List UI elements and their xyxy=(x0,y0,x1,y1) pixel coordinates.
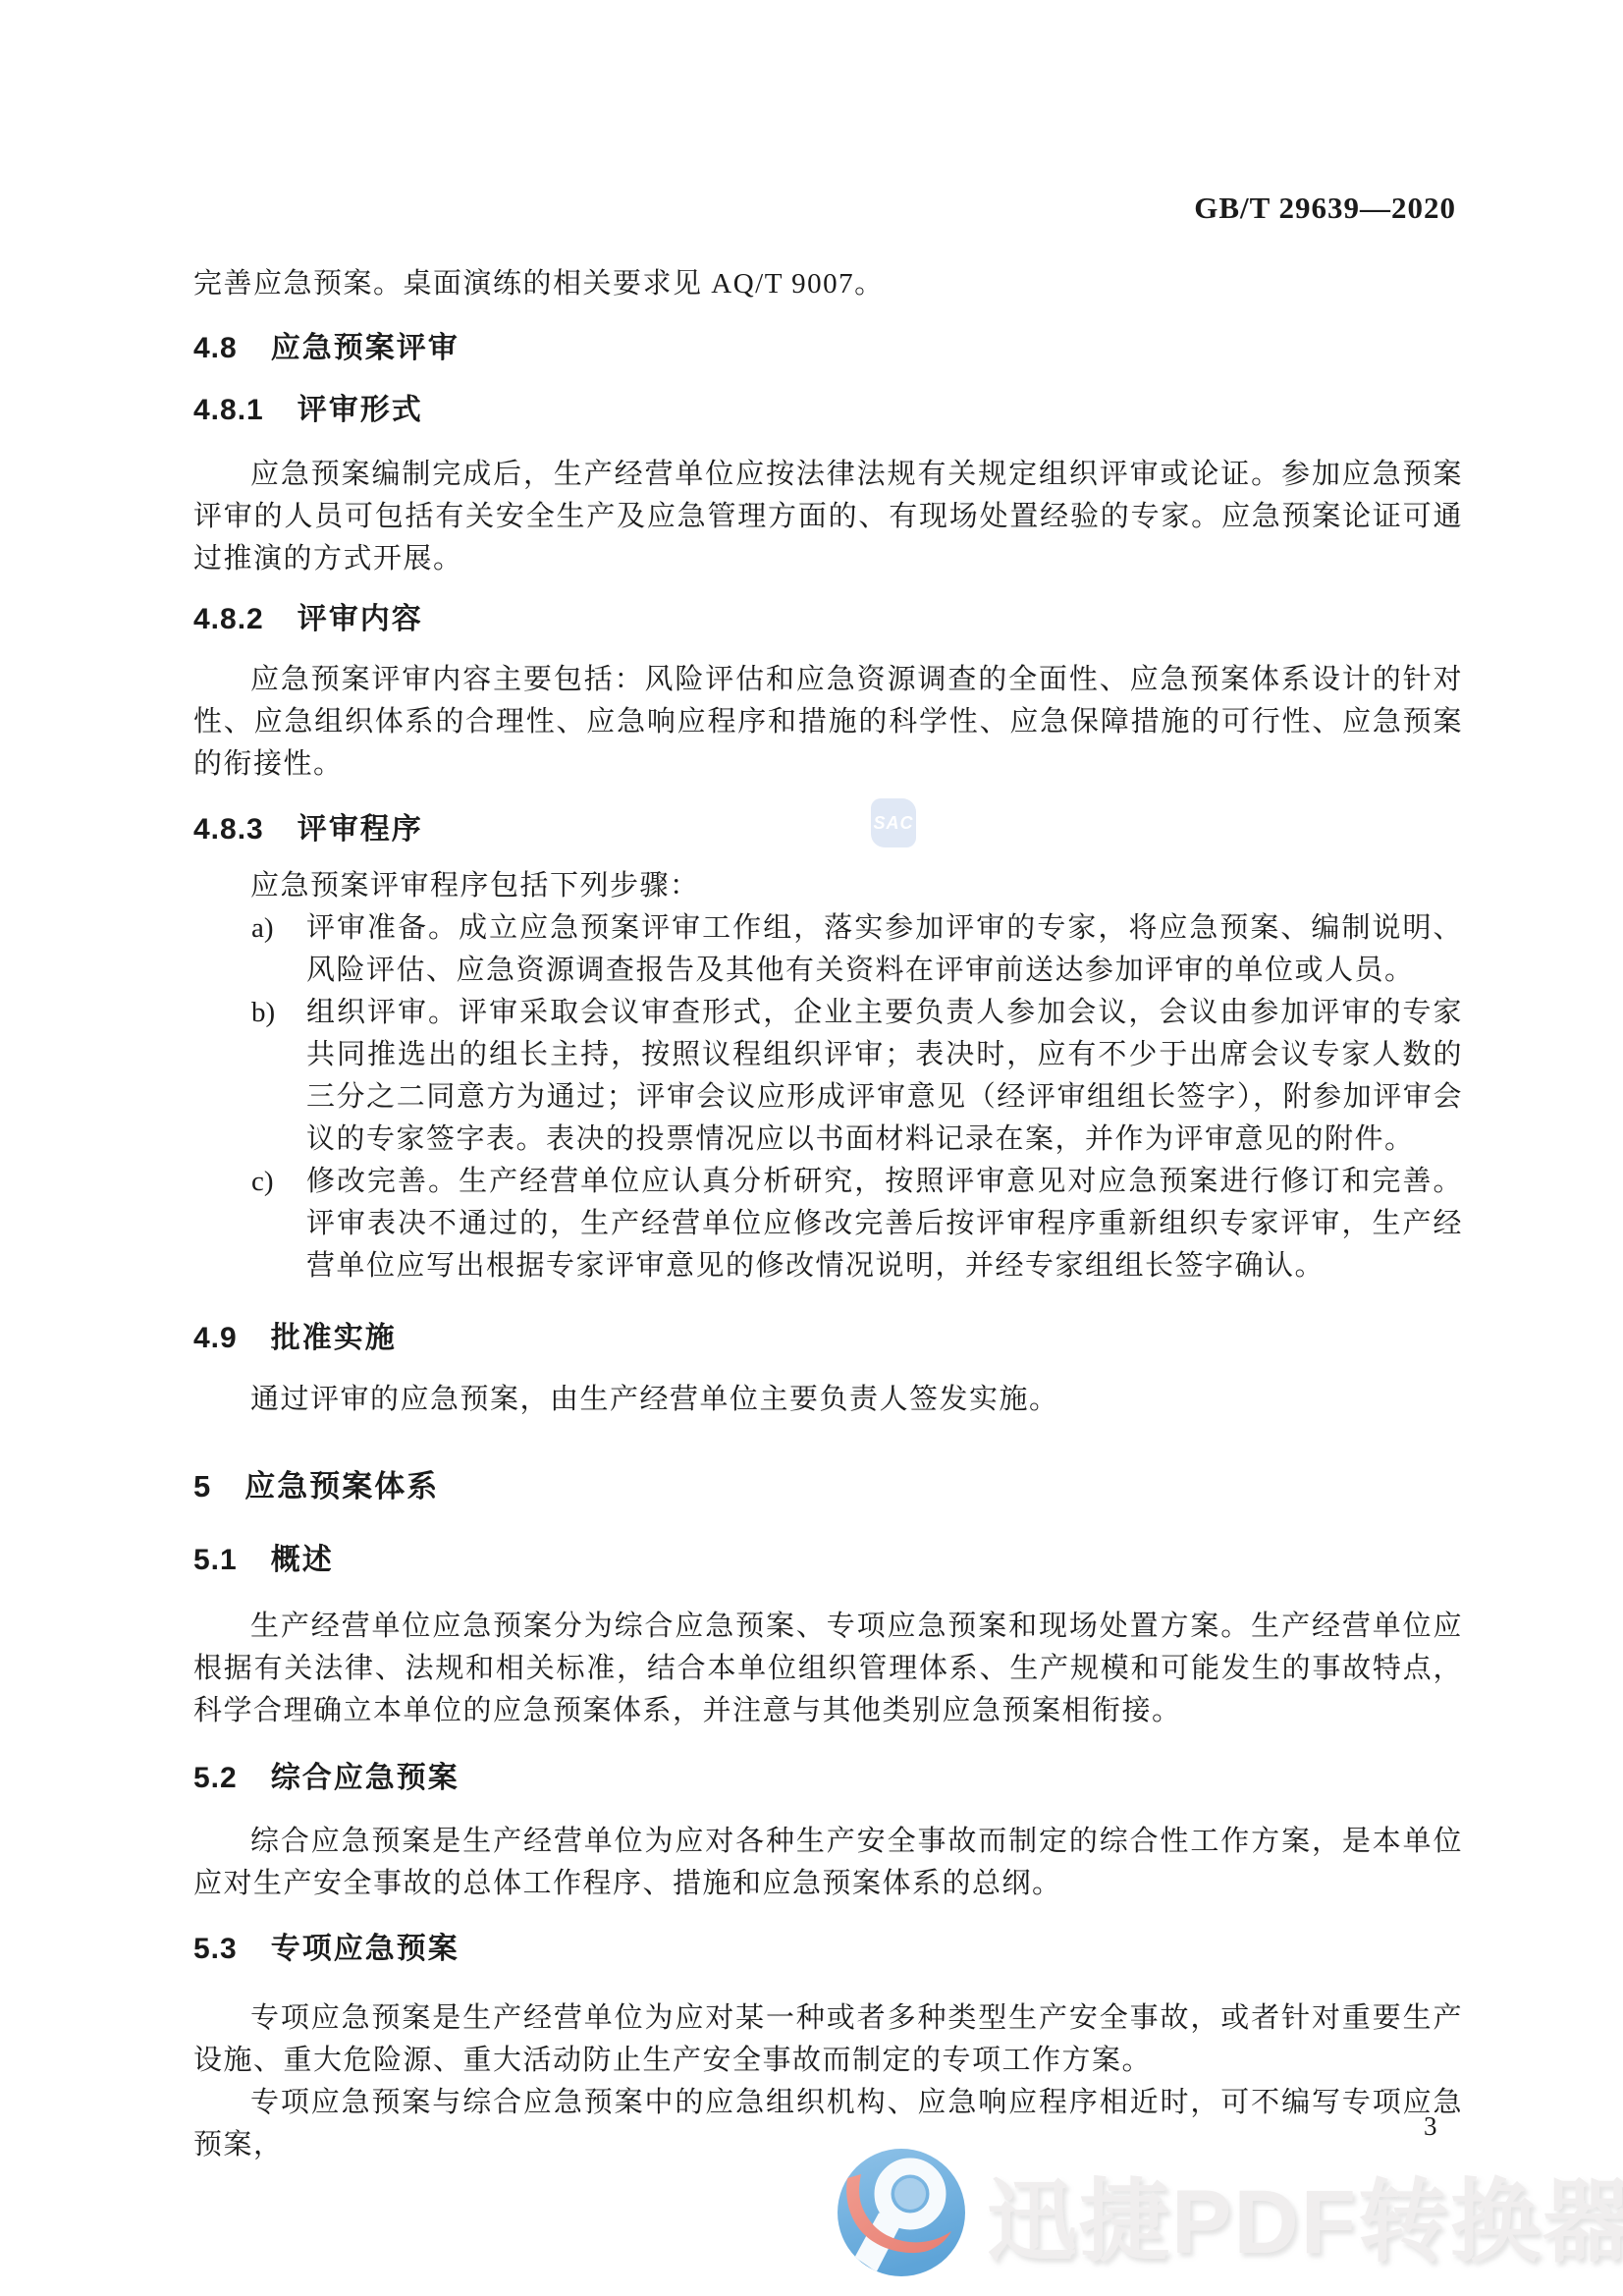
list-item-label: a) xyxy=(251,907,306,992)
paragraph-5-3-b: 专项应急预案与综合应急预案中的应急组织机构、应急响应程序相近时，可不编写专项应急… xyxy=(193,2082,1463,2166)
document-page: GB/T 29639—2020 SAC 完善应急预案。桌面演练的相关要求见 AQ… xyxy=(0,0,1623,2296)
pdf-converter-logo-icon xyxy=(838,2149,965,2276)
list-item-label: b) xyxy=(251,992,306,1161)
paragraph-4-8-2: 应急预案评审内容主要包括：风险评估和应急资源调查的全面性、应急预案体系设计的针对… xyxy=(193,659,1463,786)
heading-5-1: 5.1概述 xyxy=(193,1539,1463,1581)
heading-title: 应急预案体系 xyxy=(244,1469,439,1503)
paragraph-5-2: 综合应急预案是生产经营单位为应对各种生产安全事故而制定的综合性工作方案，是本单位… xyxy=(193,1821,1463,1905)
list-item-label: c) xyxy=(251,1161,306,1287)
heading-4-8-1: 4.8.1评审形式 xyxy=(193,389,1463,431)
heading-number: 4.8 xyxy=(193,332,238,364)
heading-number: 4.9 xyxy=(193,1322,238,1354)
heading-number: 5 xyxy=(193,1469,211,1503)
list-item-b: b) 组织评审。评审采取会议审查形式，企业主要负责人参加会议，会议由参加评审的专… xyxy=(251,992,1463,1161)
heading-number: 4.8.1 xyxy=(193,394,264,426)
heading-title: 综合应急预案 xyxy=(271,1762,460,1794)
heading-number: 5.3 xyxy=(193,1933,238,1965)
heading-title: 应急预案评审 xyxy=(271,332,460,364)
heading-number: 4.8.2 xyxy=(193,603,264,635)
heading-5-2: 5.2综合应急预案 xyxy=(193,1757,1463,1799)
heading-number: 5.1 xyxy=(193,1544,238,1576)
list-item-text: 修改完善。生产经营单位应认真分析研究，按照评审意见对应急预案进行修订和完善。评审… xyxy=(306,1161,1463,1287)
list-item-text: 评审准备。成立应急预案评审工作组，落实参加评审的专家，将应急预案、编制说明、风险… xyxy=(306,907,1463,992)
heading-title: 批准实施 xyxy=(271,1322,397,1354)
heading-title: 评审内容 xyxy=(298,603,423,635)
list-item-c: c) 修改完善。生产经营单位应认真分析研究，按照评审意见对应急预案进行修订和完善… xyxy=(251,1161,1463,1287)
review-steps-list: a) 评审准备。成立应急预案评审工作组，落实参加评审的专家，将应急预案、编制说明… xyxy=(251,907,1463,1287)
heading-title: 评审程序 xyxy=(298,813,423,846)
heading-5: 5应急预案体系 xyxy=(193,1465,1463,1507)
paragraph-4-8-3-intro: 应急预案评审程序包括下列步骤： xyxy=(193,865,1463,907)
paragraph-4-8-1: 应急预案编制完成后，生产经营单位应按法律法规有关规定组织评审或论证。参加应急预案… xyxy=(193,454,1463,580)
heading-4-8-3: 4.8.3评审程序 xyxy=(193,808,1463,850)
heading-4-8-2: 4.8.2评审内容 xyxy=(193,598,1463,640)
heading-4-8: 4.8应急预案评审 xyxy=(193,327,1463,369)
paragraph-4-9: 通过评审的应急预案，由生产经营单位主要负责人签发实施。 xyxy=(193,1379,1463,1421)
list-item-text: 组织评审。评审采取会议审查形式，企业主要负责人参加会议，会议由参加评审的专家共同… xyxy=(306,992,1463,1161)
page-number: 3 xyxy=(1424,2111,1437,2142)
heading-number: 4.8.3 xyxy=(193,813,264,846)
paragraph-continuation: 完善应急预案。桌面演练的相关要求见 AQ/T 9007。 xyxy=(193,263,1463,305)
heading-5-3: 5.3专项应急预案 xyxy=(193,1928,1463,1970)
document-body: 完善应急预案。桌面演练的相关要求见 AQ/T 9007。 4.8应急预案评审 4… xyxy=(193,263,1463,2166)
list-item-a: a) 评审准备。成立应急预案评审工作组，落实参加评审的专家，将应急预案、编制说明… xyxy=(251,907,1463,992)
heading-title: 专项应急预案 xyxy=(271,1933,460,1965)
pdf-converter-watermark-text: 迅捷PDF转换器 xyxy=(987,2150,1623,2279)
paragraph-5-1: 生产经营单位应急预案分为综合应急预案、专项应急预案和现场处置方案。生产经营单位应… xyxy=(193,1606,1463,1732)
heading-title: 评审形式 xyxy=(298,394,423,426)
heading-number: 5.2 xyxy=(193,1762,238,1794)
paragraph-5-3-a: 专项应急预案是生产经营单位为应对某一种或者多种类型生产安全事故，或者针对重要生产… xyxy=(193,1997,1463,2082)
heading-4-9: 4.9批准实施 xyxy=(193,1317,1463,1359)
heading-title: 概述 xyxy=(271,1544,334,1576)
standard-code-header: GB/T 29639—2020 xyxy=(1194,191,1456,226)
